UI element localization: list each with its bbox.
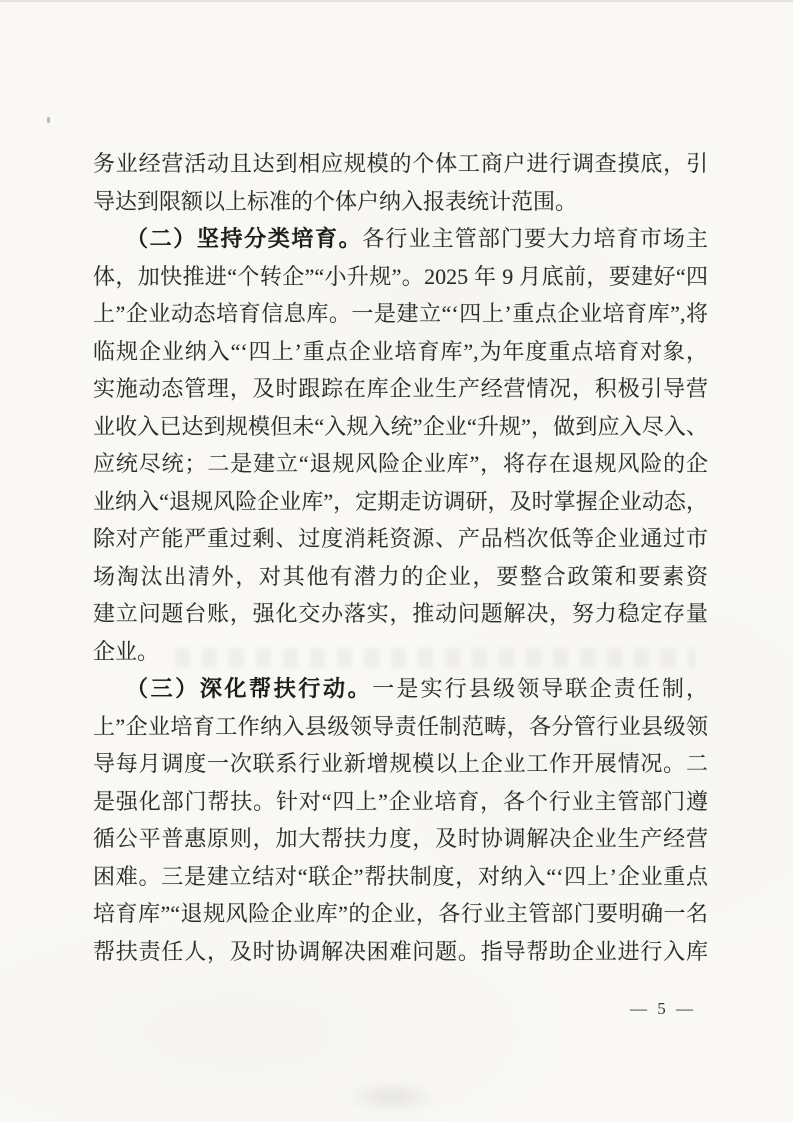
line-text: 帮扶责任人，及时协调解决困难问题。指导帮助企业进行入库 (93, 939, 708, 964)
line-text: 困难。三是建立结对“联企”帮扶制度，对纳入“‘四上’企业重点 (93, 864, 708, 889)
paragraph-heading: （二）坚持分类培育。 (126, 226, 362, 251)
text-line: 实施动态管理，及时跟踪在库企业生产经营情况，积极引导营 (93, 370, 708, 408)
text-line: 上”企业动态培育信息库。一是建立“‘四上’重点企业培育库”,将 (93, 295, 708, 333)
line-text: 导每月调度一次联系行业新增规模以上企业工作开展情况。二 (93, 751, 708, 776)
text-line: 体，加快推进“个转企”“小升规”。2025 年 9 月底前，要建好“四 (93, 258, 708, 296)
text-line: 除对产能严重过剩、过度消耗资源、产品档次低等企业通过市 (93, 520, 708, 558)
scan-smudge-artifact (345, 1080, 440, 1114)
text-line: 导达到限额以上标准的个体户纳入报表统计范围。 (93, 183, 708, 221)
text-line: 循公平普惠原则，加大帮扶力度，及时协调解决企业生产经营 (93, 820, 708, 858)
line-text: 场淘汰出清外，对其他有潜力的企业，要整合政策和要素资源， (93, 564, 708, 596)
text-line: 临规企业纳入“‘四上’重点企业培育库”,为年度重点培育对象， (93, 333, 708, 371)
line-text: 导达到限额以上标准的个体户纳入报表统计范围。 (93, 189, 577, 214)
line-text: 务业经营活动且达到相应规模的个体工商户进行调查摸底，引 (93, 151, 708, 176)
text-line: （三）深化帮扶行动。一是实行县级领导联企责任制，将“四 (93, 670, 708, 708)
text-line: 务业经营活动且达到相应规模的个体工商户进行调查摸底，引 (93, 145, 708, 183)
line-text: 业收入已达到规模但未“入规入统”企业“升规”，做到应入尽入、 (93, 414, 708, 439)
line-text: 上”企业动态培育信息库。一是建立“‘四上’重点企业培育库”,将 (93, 301, 708, 326)
line-text: 临规企业纳入“‘四上’重点企业培育库”,为年度重点培育对象， (93, 339, 708, 364)
text-line: 应统尽统；二是建立“退规风险企业库”，将存在退规风险的企 (93, 445, 708, 483)
document-body: 务业经营活动且达到相应规模的个体工商户进行调查摸底，引 导达到限额以上标准的个体… (93, 145, 708, 970)
text-line: 企业。 (93, 633, 708, 671)
line-text: 上”企业培育工作纳入县级领导责任制范畴，各分管行业县级领 (93, 714, 708, 739)
text-line: 建立问题台账，强化交办落实，推动问题解决，努力稳定存量 (93, 595, 708, 633)
line-text: 实施动态管理，及时跟踪在库企业生产经营情况，积极引导营 (93, 376, 708, 401)
line-text: 各行业主管部门要大力培育市场主 (362, 226, 708, 251)
scan-speck-artifact (47, 117, 50, 123)
text-line: （二）坚持分类培育。各行业主管部门要大力培育市场主 (93, 220, 708, 258)
line-text: 循公平普惠原则，加大帮扶力度，及时协调解决企业生产经营 (93, 826, 708, 851)
text-line: 培育库”“退规风险企业库”的企业，各行业主管部门要明确一名 (93, 895, 708, 933)
text-line: 导每月调度一次联系行业新增规模以上企业工作开展情况。二 (93, 745, 708, 783)
page-number: — 5 — (630, 999, 696, 1019)
text-line: 困难。三是建立结对“联企”帮扶制度，对纳入“‘四上’企业重点 (93, 858, 708, 896)
paragraph-heading: （三）深化帮扶行动。 (126, 676, 372, 701)
text-line: 是强化部门帮扶。针对“四上”企业培育，各个行业主管部门遵 (93, 783, 708, 821)
text-line: 上”企业培育工作纳入县级领导责任制范畴，各分管行业县级领 (93, 708, 708, 746)
text-line: 业纳入“退规风险企业库”，定期走访调研，及时掌握企业动态， (93, 483, 708, 521)
line-text: 建立问题台账，强化交办落实，推动问题解决，努力稳定存量 (93, 601, 708, 626)
scanned-document-page: 务业经营活动且达到相应规模的个体工商户进行调查摸底，引 导达到限额以上标准的个体… (0, 0, 793, 1122)
line-text: 培育库”“退规风险企业库”的企业，各行业主管部门要明确一名 (93, 901, 708, 926)
text-line: 帮扶责任人，及时协调解决困难问题。指导帮助企业进行入库 (93, 933, 708, 971)
line-text: 业纳入“退规风险企业库”，定期走访调研，及时掌握企业动态， (93, 489, 708, 514)
line-text: 是强化部门帮扶。针对“四上”企业培育，各个行业主管部门遵 (93, 789, 708, 814)
line-text: 除对产能严重过剩、过度消耗资源、产品档次低等企业通过市 (93, 526, 708, 551)
text-line: 场淘汰出清外，对其他有潜力的企业，要整合政策和要素资源， (93, 558, 708, 596)
scan-edge-artifact (0, 0, 793, 2)
line-text: 应统尽统；二是建立“退规风险企业库”，将存在退规风险的企 (93, 451, 708, 476)
line-text: 企业。 (93, 639, 159, 664)
text-line: 业收入已达到规模但未“入规入统”企业“升规”，做到应入尽入、 (93, 408, 708, 446)
line-text: 体，加快推进“个转企”“小升规”。2025 年 9 月底前，要建好“四 (93, 264, 708, 289)
